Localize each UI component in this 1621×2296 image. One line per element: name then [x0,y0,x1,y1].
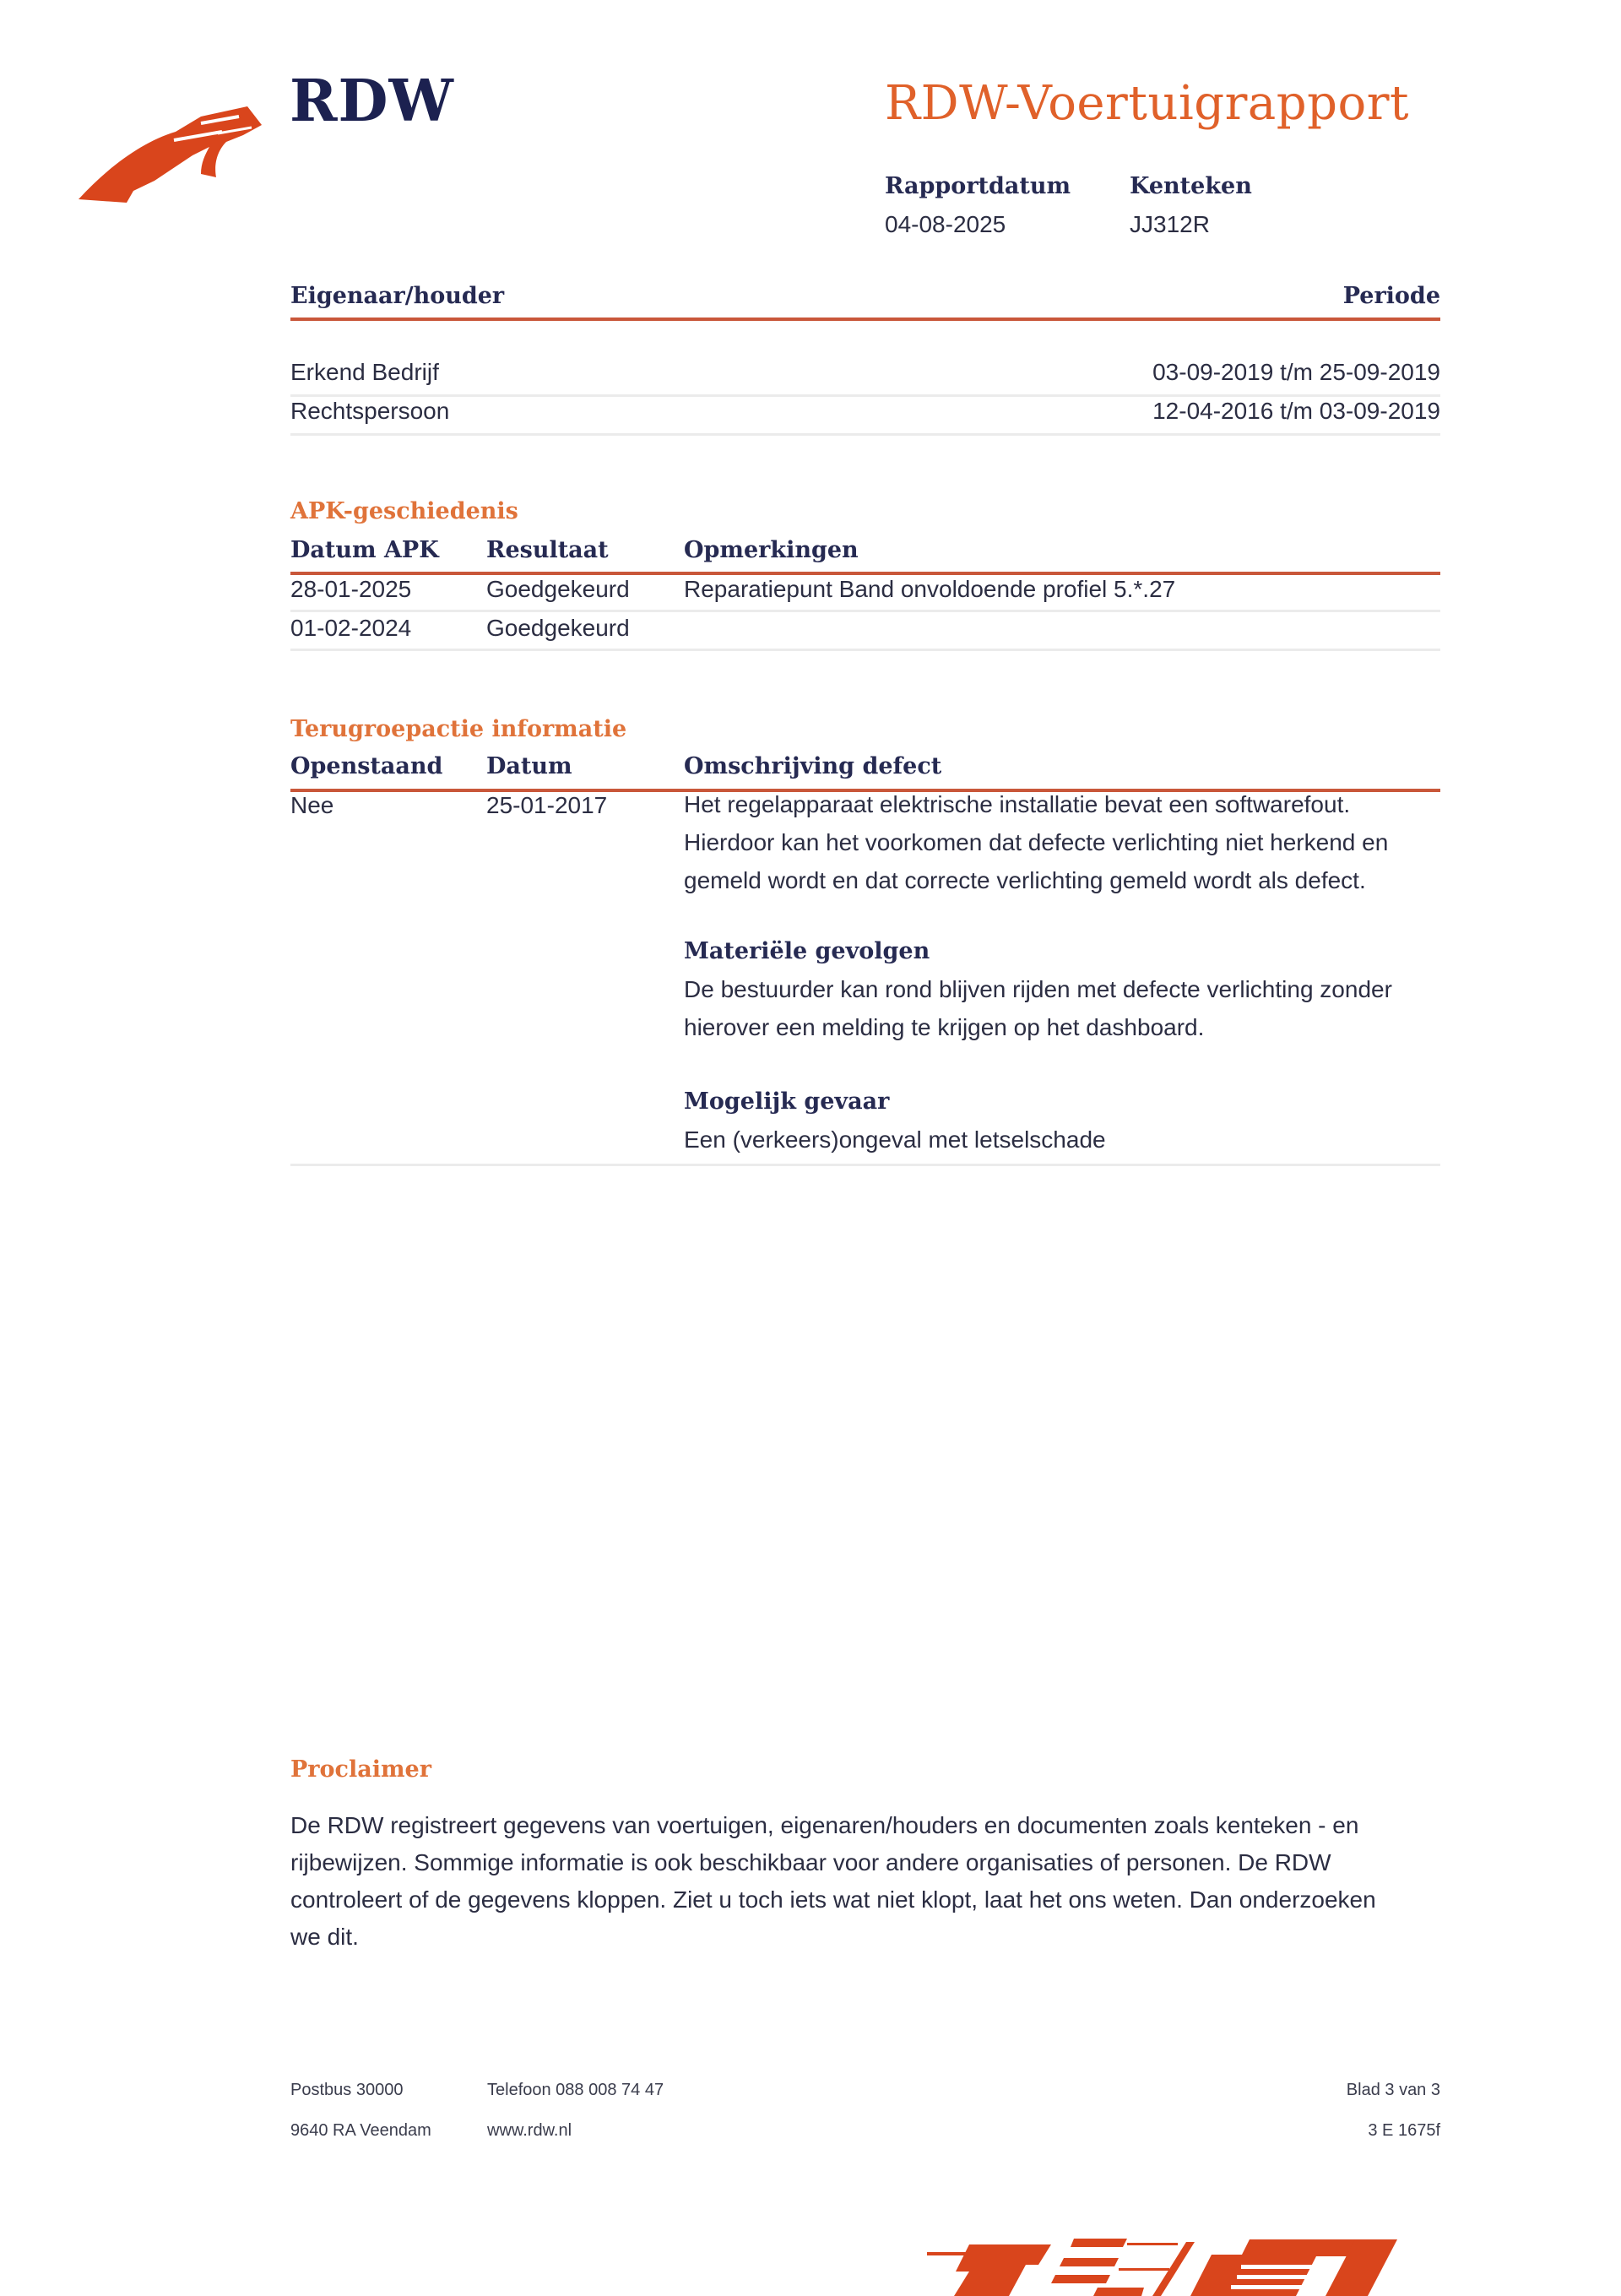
apk-result-cell: Goedgekeurd [486,576,630,603]
recall-date-header: Datum [486,753,572,779]
proclaimer-line: we dit. [290,1919,1422,1956]
apk-date-header: Datum APK [290,537,439,563]
apk-remarks-cell: Reparatiepunt Band onvoldoende profiel 5… [684,576,1175,603]
proclaimer-title: Proclaimer [290,1756,1440,1783]
apk-remarks-header: Opmerkingen [684,537,859,563]
table-row: 28-01-2025 Goedgekeurd Reparatiepunt Ban… [290,576,1440,613]
recall-description: Het regelapparaat elektrische installati… [684,785,1444,899]
proclaimer-text: De RDW registreert gegevens van voertuig… [290,1807,1422,1956]
rdw-stripes-decoration-icon [920,2212,1621,2296]
apk-date-cell: 01-02-2024 [290,615,411,642]
recall-open-cell: Nee [290,792,333,819]
row-divider [290,433,1440,436]
footer-website-link[interactable]: www.rdw.nl [487,2121,572,2141]
plate-label: Kenteken [1130,173,1252,199]
brand-name: RDW [290,68,454,135]
recall-date-cell: 25-01-2017 [486,792,607,819]
period-column-header: Periode [1343,283,1440,309]
possible-danger: Mogelijk gevaar Een (verkeers)ongeval me… [684,1083,1444,1159]
footer-phone: Telefoon 088 008 74 47 [487,2081,664,2100]
recall-table-body: Nee 25-01-2017 Het regelapparaat elektri… [290,792,1440,1164]
possible-danger-title: Mogelijk gevaar [684,1083,1444,1121]
consequences-line: hierover een melding te krijgen op het d… [684,1008,1444,1046]
owner-column-header: Eigenaar/houder [290,283,504,309]
owner-header-divider [290,318,1440,321]
apk-date-cell: 28-01-2025 [290,576,411,603]
row-divider [290,610,1440,612]
recall-table-header: Openstaand Datum Omschrijving defect [290,753,1440,787]
proclaimer-line: De RDW registreert gegevens van voertuig… [290,1807,1422,1844]
period-cell: 12-04-2016 t/m 03-09-2019 [1152,398,1440,425]
owner-cell: Rechtspersoon [290,398,449,425]
footer-document-code: 3 E 1675f [1368,2121,1440,2141]
material-consequences-title: Materiële gevolgen [684,932,1444,970]
recall-open-header: Openstaand [290,753,442,779]
table-row: Erkend Bedrijf 03-09-2019 t/m 25-09-2019 [290,359,1440,396]
row-divider [290,649,1440,651]
apk-header-divider [290,572,1440,575]
report-date-value: 04-08-2025 [885,211,1006,238]
footer-page-number: Blad 3 van 3 [1347,2081,1440,2100]
description-line: gemeld wordt en dat correcte verlichting… [684,861,1444,899]
rdw-feather-logo-icon [74,100,268,205]
report-title: RDW-Voertuigrapport [885,76,1409,131]
material-consequences: Materiële gevolgen De bestuurder kan ron… [684,932,1444,1046]
apk-section-title: APK-geschiedenis [290,498,1440,524]
row-divider [290,1164,1440,1166]
proclaimer-line: rijbewijzen. Sommige informatie is ook b… [290,1844,1422,1881]
owner-cell: Erkend Bedrijf [290,359,439,386]
apk-result-cell: Goedgekeurd [486,615,630,642]
table-row: 01-02-2024 Goedgekeurd [290,615,1440,652]
description-line: Het regelapparaat elektrische installati… [684,785,1444,823]
table-row: Rechtspersoon 12-04-2016 t/m 03-09-2019 [290,398,1440,435]
possible-danger-text: Een (verkeers)ongeval met letselschade [684,1121,1444,1159]
apk-table-body: 28-01-2025 Goedgekeurd Reparatiepunt Ban… [290,576,1440,660]
footer-postbus: Postbus 30000 [290,2081,403,2100]
proclaimer-line: controleert of de gegevens kloppen. Ziet… [290,1881,1422,1919]
recall-section-title: Terugroepactie informatie [290,716,1440,742]
owner-table-body: Erkend Bedrijf 03-09-2019 t/m 25-09-2019… [290,359,1440,443]
footer-city: 9640 RA Veendam [290,2121,431,2141]
period-cell: 03-09-2019 t/m 25-09-2019 [1152,359,1440,386]
row-divider [290,394,1440,397]
apk-table-header: Datum APK Resultaat Opmerkingen [290,537,1440,571]
description-line: Hierdoor kan het voorkomen dat defecte v… [684,823,1444,861]
owner-table-header: Eigenaar/houder Periode [290,283,1440,317]
apk-result-header: Resultaat [486,537,609,563]
plate-value: JJ312R [1130,211,1210,238]
report-date-label: Rapportdatum [885,173,1071,199]
recall-description-header: Omschrijving defect [684,753,941,779]
consequences-line: De bestuurder kan rond blijven rijden me… [684,970,1444,1008]
